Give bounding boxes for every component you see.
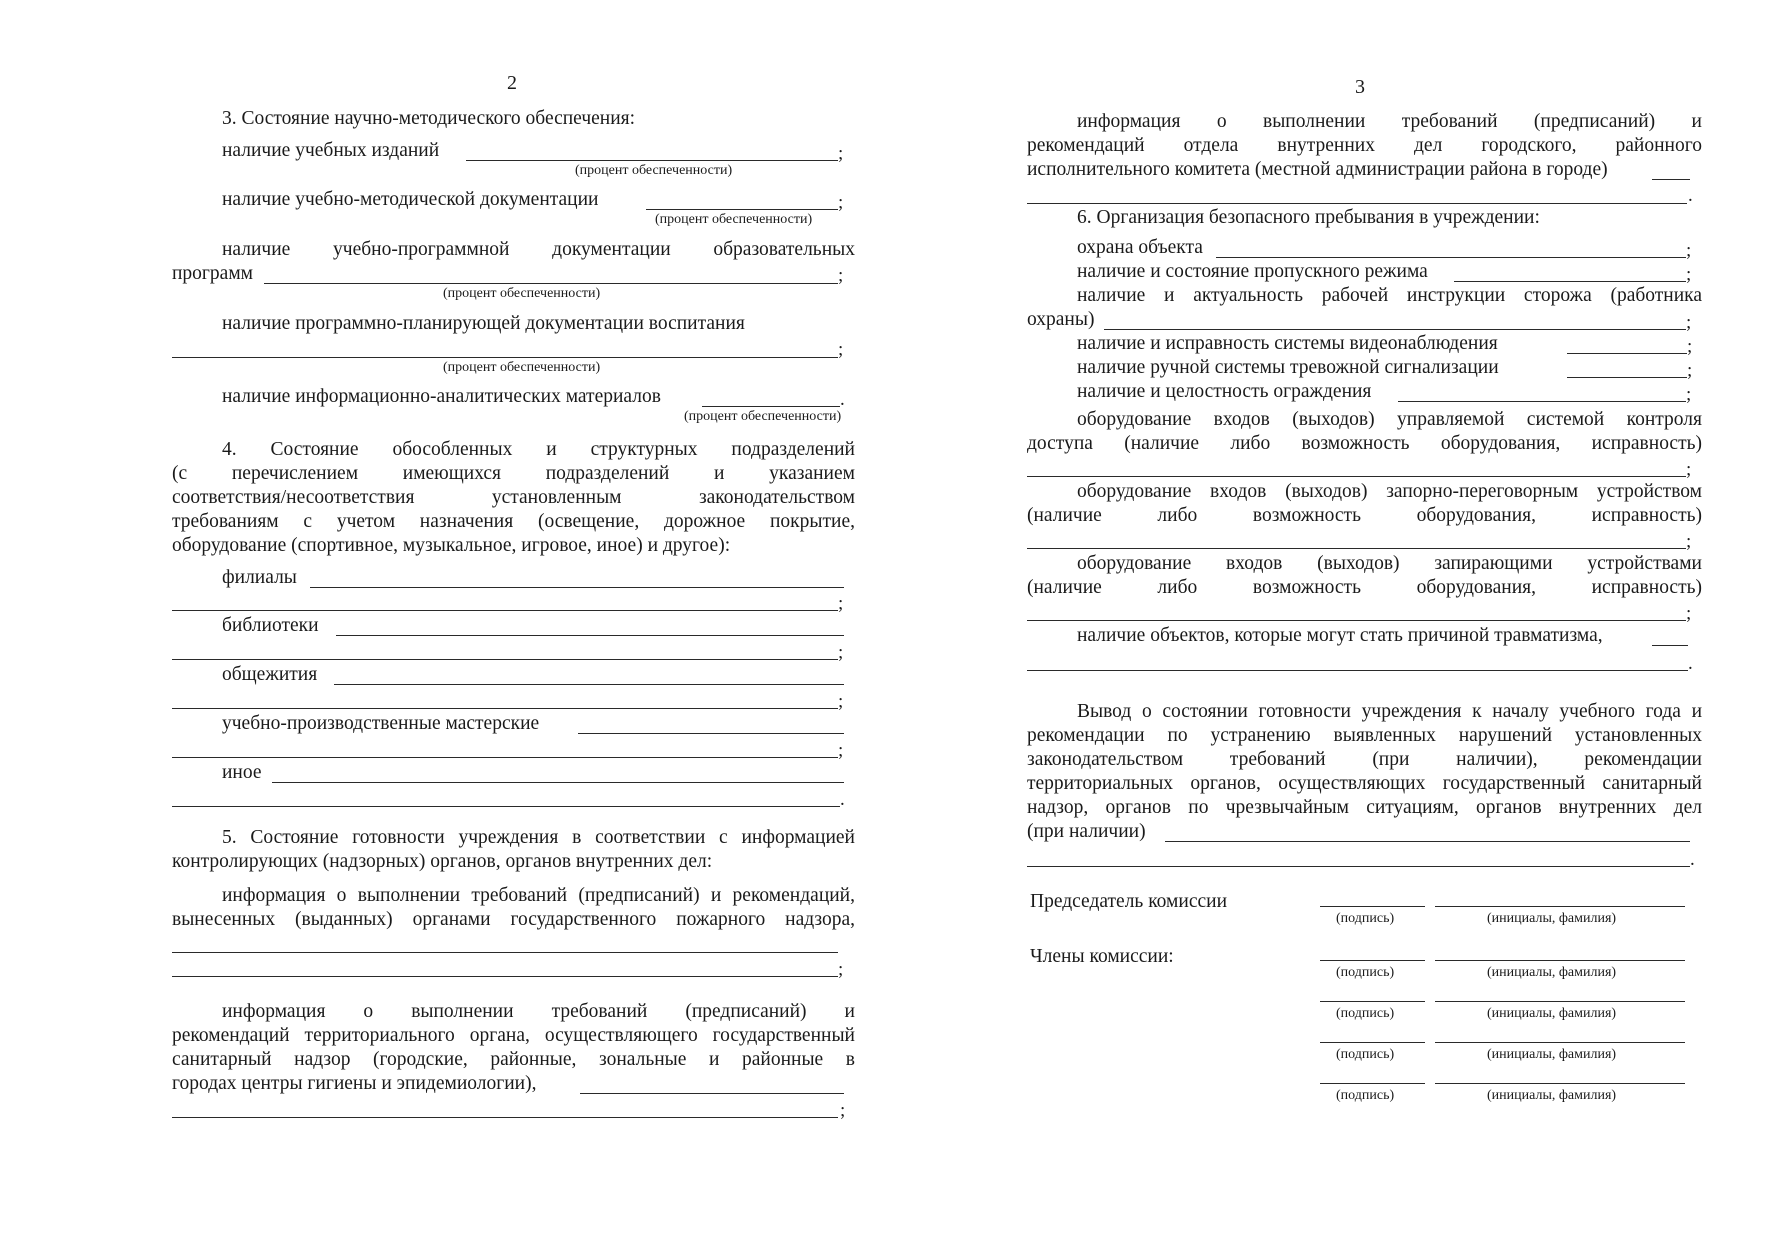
field-conclusion-cont[interactable] [1027, 866, 1690, 867]
name-caption: (инициалы, фамилия) [1487, 1006, 1616, 1022]
name-caption: (инициалы, фамилия) [1487, 911, 1616, 927]
field-label-method-docs: наличие учебно-методической документации [222, 188, 598, 212]
field-branches-cont[interactable] [172, 610, 838, 611]
field-intercom[interactable] [1027, 548, 1686, 549]
signature-field[interactable] [1320, 1001, 1425, 1002]
signature-field[interactable] [1320, 906, 1425, 907]
field-analytics[interactable] [702, 406, 840, 407]
field-locks[interactable] [1027, 620, 1686, 621]
name-caption: (инициалы, фамилия) [1487, 1088, 1616, 1104]
field-label-program-docs: наличие учебно-программной документации … [222, 238, 855, 262]
field-label-libraries: библиотеки [222, 614, 319, 638]
field-label-fence: наличие и целостность ограждения [1077, 380, 1371, 404]
field-workshops[interactable] [578, 733, 844, 734]
field-label-planning-docs: наличие программно-планирующей документа… [222, 312, 745, 336]
field-label-locks: оборудование входов (выходов) запирающим… [1077, 552, 1702, 576]
field-label-injury-hazards: наличие объектов, которые могут стать пр… [1077, 624, 1603, 648]
field-access-control[interactable] [1027, 476, 1686, 477]
name-caption: (инициалы, фамилия) [1487, 965, 1616, 981]
caption-percent: (процент обеспеченности) [443, 286, 600, 302]
signature-caption: (подпись) [1336, 1088, 1394, 1104]
field-libraries-cont[interactable] [172, 659, 838, 660]
name-field[interactable] [1435, 906, 1685, 907]
caption-percent: (процент обеспеченности) [655, 212, 812, 228]
field-label-guard-instructions: наличие и актуальность рабочей инструкци… [1077, 284, 1702, 308]
field-label-analytics: наличие информационно-аналитических мате… [222, 385, 661, 409]
field-planning-docs[interactable] [172, 357, 838, 358]
conclusion-text: Вывод о состоянии готовности учреждения … [1077, 700, 1702, 724]
field-label-textbooks: наличие учебных изданий [222, 139, 439, 163]
name-caption: (инициалы, фамилия) [1487, 1047, 1616, 1063]
field-method-docs[interactable] [646, 209, 838, 210]
page-number: 3 [1355, 76, 1365, 99]
name-field[interactable] [1435, 960, 1685, 961]
signature-caption: (подпись) [1336, 965, 1394, 981]
fire-inspection-text: информация о выполнении требований (пред… [222, 884, 855, 908]
field-workshops-cont[interactable] [172, 757, 838, 758]
name-field[interactable] [1435, 1083, 1685, 1084]
field-guard-instructions[interactable] [1104, 329, 1686, 330]
caption-percent: (процент обеспеченности) [575, 163, 732, 179]
field-video[interactable] [1567, 353, 1687, 354]
name-field[interactable] [1435, 1042, 1685, 1043]
field-fire-inspection[interactable] [172, 952, 838, 953]
field-other[interactable] [272, 782, 844, 783]
section-4-heading: 4. Состояние обособленных и структурных … [222, 438, 855, 462]
field-injury-hazards[interactable] [1652, 645, 1688, 646]
members-label: Члены комиссии: [1030, 945, 1174, 969]
field-label-other: иное [222, 761, 262, 785]
caption-percent: (процент обеспеченности) [684, 409, 841, 425]
section-6-heading: 6. Организация безопасного пребывания в … [1077, 206, 1540, 230]
signature-field[interactable] [1320, 1042, 1425, 1043]
field-libraries[interactable] [336, 635, 844, 636]
page-number: 2 [507, 72, 517, 95]
field-conclusion[interactable] [1165, 841, 1690, 842]
field-police-inspection[interactable] [1652, 179, 1690, 180]
field-pass-regime[interactable] [1454, 281, 1686, 282]
signature-caption: (подпись) [1336, 1047, 1394, 1063]
signature-field[interactable] [1320, 960, 1425, 961]
caption-percent: (процент обеспеченности) [443, 360, 600, 376]
document-page-2: 2 3. Состояние научно-методического обес… [0, 0, 882, 1234]
field-fire-inspection-cont[interactable] [172, 976, 838, 977]
field-label-guard: охрана объекта [1077, 236, 1203, 260]
signature-caption: (подпись) [1336, 1006, 1394, 1022]
field-alarm[interactable] [1567, 377, 1687, 378]
field-label-branches: филиалы [222, 566, 297, 590]
name-field[interactable] [1435, 1001, 1685, 1002]
field-label-video: наличие и исправность системы видеонаблю… [1077, 332, 1498, 356]
field-label-alarm: наличие ручной системы тревожной сигнали… [1077, 356, 1499, 380]
signature-caption: (подпись) [1336, 911, 1394, 927]
field-branches[interactable] [310, 587, 844, 588]
field-label-intercom: оборудование входов (выходов) запорно-пе… [1077, 480, 1702, 504]
police-inspection-text: информация о выполнении требований (пред… [1077, 110, 1702, 134]
field-other-cont[interactable] [172, 806, 840, 807]
document-page-3: 3 информация о выполнении требований (пр… [882, 0, 1765, 1234]
field-injury-hazards-cont[interactable] [1027, 670, 1688, 671]
section-5-heading: 5. Состояние готовности учреждения в соо… [222, 826, 855, 850]
field-guard[interactable] [1216, 257, 1686, 258]
field-program-docs[interactable] [264, 283, 838, 284]
field-fence[interactable] [1398, 401, 1686, 402]
field-textbooks[interactable] [466, 160, 838, 161]
section-3-heading: 3. Состояние научно-методического обеспе… [222, 107, 635, 131]
field-police-inspection-cont[interactable] [1027, 203, 1687, 204]
field-label-workshops: учебно-производственные мастерские [222, 712, 539, 736]
field-label-pass-regime: наличие и состояние пропускного режима [1077, 260, 1428, 284]
chair-label: Председатель комиссии [1030, 890, 1227, 914]
signature-field[interactable] [1320, 1083, 1425, 1084]
sanitary-inspection-text: информация о выполнении требований (пред… [222, 1000, 855, 1024]
field-sanitary-inspection-cont[interactable] [172, 1117, 838, 1118]
field-label-access-control: оборудование входов (выходов) управляемо… [1077, 408, 1702, 432]
field-dormitories[interactable] [334, 684, 844, 685]
field-dormitories-cont[interactable] [172, 708, 838, 709]
field-label-dormitories: общежития [222, 663, 317, 687]
field-sanitary-inspection[interactable] [580, 1093, 844, 1094]
